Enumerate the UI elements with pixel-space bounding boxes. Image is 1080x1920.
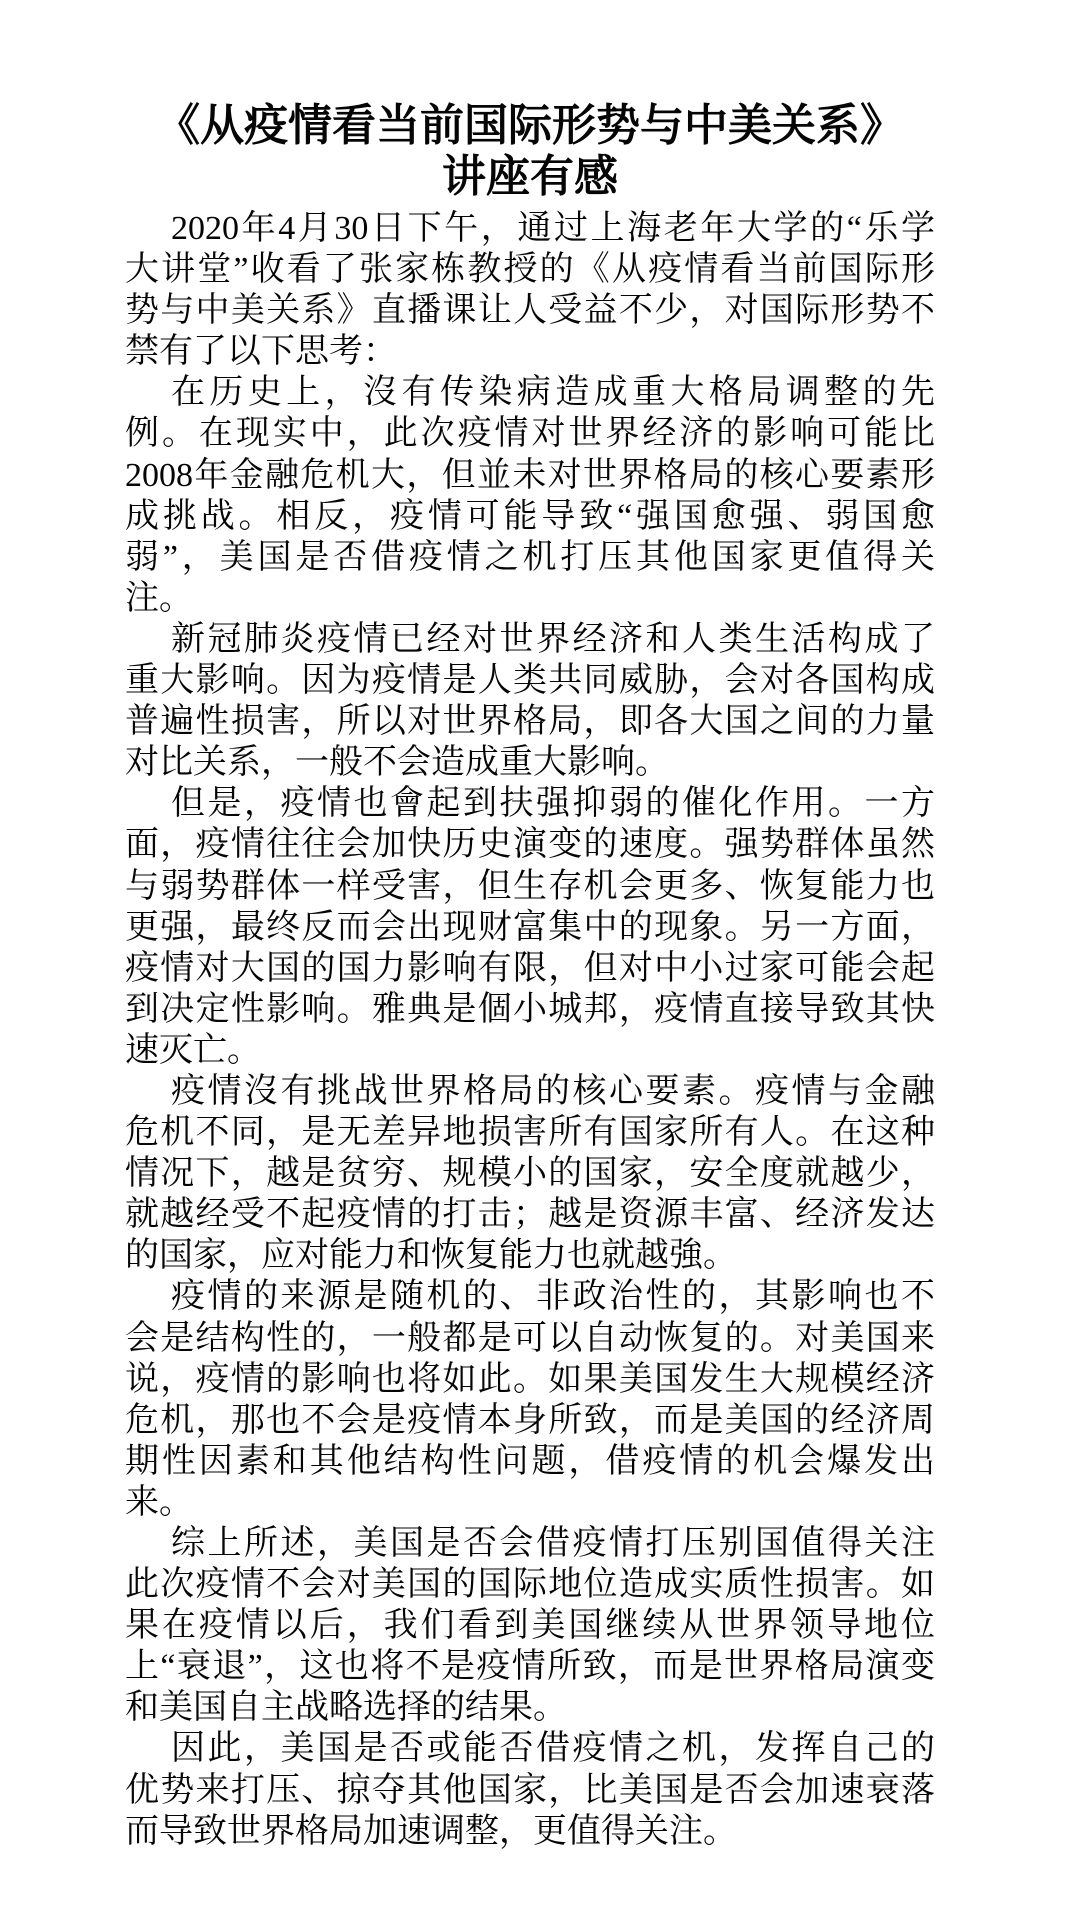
paragraph-line: 的国家，应对能力和恢复能力也就越強。 (125, 1235, 935, 1276)
paragraph-line: 更强，最终反而会出现财富集中的现象。另一方面， (125, 907, 935, 948)
paragraph-line: 和美国自主战略选择的结果。 (125, 1687, 935, 1728)
document-title: 《从疫情看当前国际形势与中美关系》 讲座有感 (125, 100, 935, 202)
paragraph-line: 新冠肺炎疫情已经对世界经济和人类生活构成了 (125, 619, 935, 660)
paragraph-line: 弱”，美国是否借疫情之机打压其他国家更值得关 (125, 537, 935, 578)
paragraph-line: 疫情沒有挑战世界格局的核心要素。疫情与金融 (125, 1071, 935, 1112)
paragraph-line: 速灭亡。 (125, 1030, 935, 1071)
paragraph-line: 例。在现实中，此次疫情对世界经济的影响可能比 (125, 413, 935, 454)
paragraph-line: 期性因素和其他结构性问题，借疫情的机会爆发出 (125, 1441, 935, 1482)
paragraph-line: 会是结构性的，一般都是可以自动恢复的。对美国来 (125, 1318, 935, 1359)
paragraph-line: 普遍性损害，所以对世界格局，即各大国之间的力量 (125, 701, 935, 742)
paragraph: 但是，疫情也會起到扶强抑弱的催化作用。一方 面，疫情往往会加快历史演变的速度。强… (125, 783, 935, 1071)
paragraph-line: 危机，那也不会是疫情本身所致，而是美国的经济周 (125, 1400, 935, 1441)
title-line: 《从疫情看当前国际形势与中美关系》 (125, 100, 935, 151)
paragraph-line: 优势来打压、掠夺其他国家，比美国是否会加速衰落 (125, 1770, 935, 1811)
paragraph-line: 重大影响。因为疫情是人类共同威胁，会对各国构成 (125, 660, 935, 701)
paragraph: 2020年4月30日下午，通过上海老年大学的“乐学 大讲堂”收看了张家栋教授的《… (125, 208, 935, 372)
paragraph-line: 但是，疫情也會起到扶强抑弱的催化作用。一方 (125, 783, 935, 824)
paragraph-line: 成挑战。相反，疫情可能导致“强国愈强、弱国愈 (125, 496, 935, 537)
paragraph-line: 此次疫情不会对美国的国际地位造成实质性损害。如 (125, 1564, 935, 1605)
paragraph-line: 疫情的来源是随机的、非政治性的，其影响也不 (125, 1276, 935, 1317)
paragraph: 新冠肺炎疫情已经对世界经济和人类生活构成了 重大影响。因为疫情是人类共同威胁，会… (125, 619, 935, 783)
paragraph-line: 2020年4月30日下午，通过上海老年大学的“乐学 (125, 208, 935, 249)
paragraph-line: 到决定性影响。雅典是個小城邦，疫情直接导致其快 (125, 989, 935, 1030)
paragraph-line: 面，疫情往往会加快历史演变的速度。强势群体虽然 (125, 824, 935, 865)
paragraph: 在历史上，沒有传染病造成重大格局调整的先 例。在现实中，此次疫情对世界经济的影响… (125, 372, 935, 619)
paragraph-line: 综上所述，美国是否会借疫情打压别国值得关注 (125, 1523, 935, 1564)
title-line: 讲座有感 (125, 151, 935, 202)
paragraph-line: 果在疫情以后，我们看到美国继续从世界领导地位 (125, 1605, 935, 1646)
paragraph-line: 而导致世界格局加速调整，更值得关注。 (125, 1811, 935, 1852)
paragraph: 疫情的来源是随机的、非政治性的，其影响也不 会是结构性的，一般都是可以自动恢复的… (125, 1276, 935, 1523)
paragraph-line: 在历史上，沒有传染病造成重大格局调整的先 (125, 372, 935, 413)
paragraph-line: 注。 (125, 578, 935, 619)
paragraph-line: 因此，美国是否或能否借疫情之机，发挥自己的 (125, 1728, 935, 1769)
article-body: 2020年4月30日下午，通过上海老年大学的“乐学 大讲堂”收看了张家栋教授的《… (125, 208, 935, 1852)
paragraph-line: 对比关系，一般不会造成重大影响。 (125, 742, 935, 783)
paragraph-line: 疫情对大国的国力影响有限，但对中小过家可能会起 (125, 948, 935, 989)
paragraph-line: 大讲堂”收看了张家栋教授的《从疫情看当前国际形 (125, 249, 935, 290)
paragraph-line: 情况下，越是贫穷、规模小的国家，安全度就越少， (125, 1153, 935, 1194)
paragraph-line: 说，疫情的影响也将如此。如果美国发生大规模经济 (125, 1359, 935, 1400)
paragraph-line: 势与中美关系》直播课让人受益不少，对国际形势不 (125, 290, 935, 331)
paragraph-line: 2008年金融危机大，但並未对世界格局的核心要素形 (125, 455, 935, 496)
paragraph: 疫情沒有挑战世界格局的核心要素。疫情与金融 危机不同，是无差异地损害所有国家所有… (125, 1071, 935, 1276)
paragraph-line: 来。 (125, 1482, 935, 1523)
document-page: 《从疫情看当前国际形势与中美关系》 讲座有感 2020年4月30日下午，通过上海… (0, 0, 1080, 1920)
paragraph-line: 与弱势群体一样受害，但生存机会更多、恢复能力也 (125, 866, 935, 907)
paragraph: 综上所述，美国是否会借疫情打压别国值得关注 此次疫情不会对美国的国际地位造成实质… (125, 1523, 935, 1728)
paragraph-line: 就越经受不起疫情的打击；越是资源丰富、经济发达 (125, 1194, 935, 1235)
paragraph-line: 危机不同，是无差异地损害所有国家所有人。在这种 (125, 1112, 935, 1153)
paragraph-line: 上“衰退”，这也将不是疫情所致，而是世界格局演变 (125, 1646, 935, 1687)
paragraph-line: 禁有了以下思考： (125, 331, 935, 372)
paragraph: 因此，美国是否或能否借疫情之机，发挥自己的 优势来打压、掠夺其他国家，比美国是否… (125, 1728, 935, 1851)
